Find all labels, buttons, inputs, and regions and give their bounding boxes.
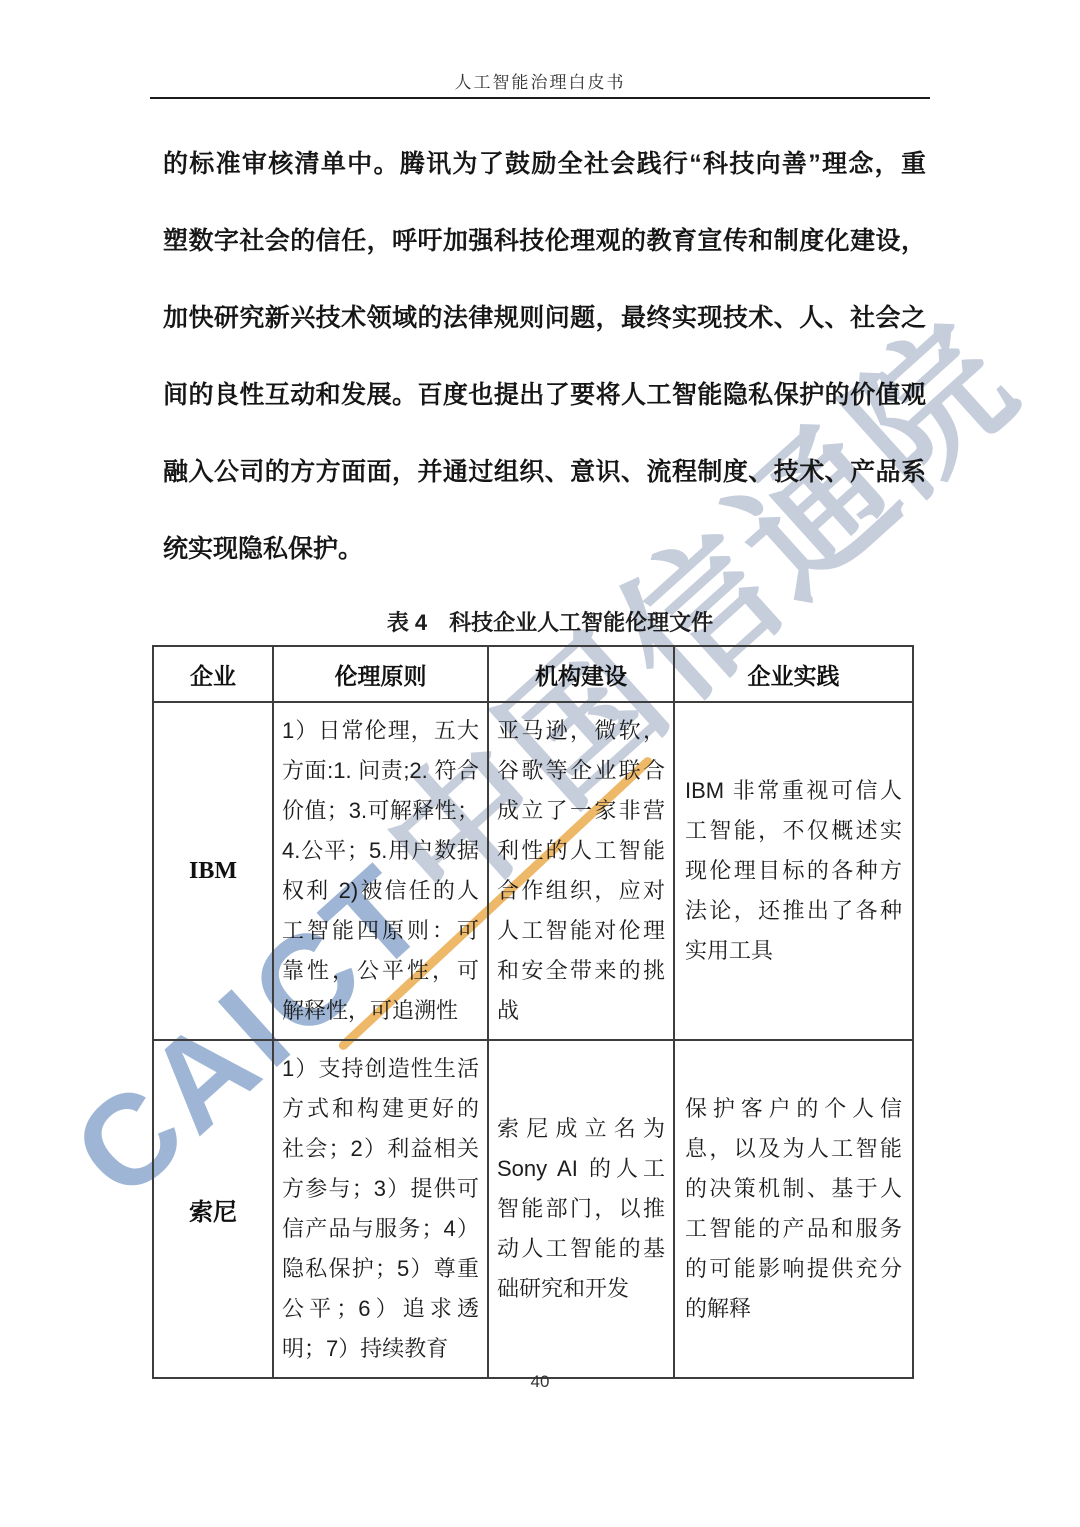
paragraph-line: 间的良性互动和发展。百度也提出了要将人工智能隐私保护的价值观 xyxy=(163,357,926,434)
running-header-title: 人工智能治理白皮书 xyxy=(0,68,1080,93)
principles-cell: 1）日常伦理，五大方面:1. 问责;2. 符合价值；3.可解释性；4.公平；5.… xyxy=(273,702,488,1040)
column-header-company: 企业 xyxy=(153,646,273,702)
practice-cell: 保护客户的个人信息，以及为人工智能的决策机制、基于人工智能的产品和服务的可能影响… xyxy=(674,1040,913,1378)
paragraph-line: 塑数字社会的信任，呼吁加强科技伦理观的教育宣传和制度化建设， xyxy=(163,203,926,280)
table-caption: 表 4 科技企业人工智能伦理文件 xyxy=(170,606,930,637)
organization-cell: 亚马逊，微软，谷歌等企业联合成立了一家非营利性的人工智能合作组织，应对人工智能对… xyxy=(488,702,674,1040)
body-paragraph: 的标准审核清单中。腾讯为了鼓励全社会践行“科技向善”理念，重 塑数字社会的信任，… xyxy=(163,126,926,588)
column-header-principles: 伦理原则 xyxy=(273,646,488,702)
table-row-ibm: IBM 1）日常伦理，五大方面:1. 问责;2. 符合价值；3.可解释性；4.公… xyxy=(153,702,913,1040)
company-cell: IBM xyxy=(153,702,273,1040)
table-header-row: 企业 伦理原则 机构建设 企业实践 xyxy=(153,646,913,702)
column-header-organization: 机构建设 xyxy=(488,646,674,702)
header-rule-divider xyxy=(150,97,930,99)
table-row-sony: 索尼 1）支持创造性生活方式和构建更好的社会；2）利益相关方参与；3）提供可信产… xyxy=(153,1040,913,1378)
ethics-table: 企业 伦理原则 机构建设 企业实践 IBM 1）日常伦理，五大方面:1. 问责;… xyxy=(152,645,914,1379)
paragraph-line: 的标准审核清单中。腾讯为了鼓励全社会践行“科技向善”理念，重 xyxy=(163,126,926,203)
column-header-practice: 企业实践 xyxy=(674,646,913,702)
principles-cell: 1）支持创造性生活方式和构建更好的社会；2）利益相关方参与；3）提供可信产品与服… xyxy=(273,1040,488,1378)
practice-cell: IBM 非常重视可信人工智能，不仅概述实现伦理目标的各种方法论，还推出了各种实用… xyxy=(674,702,913,1040)
document-page: CAICT中国信通院 人工智能治理白皮书 的标准审核清单中。腾讯为了鼓励全社会践… xyxy=(0,0,1080,1527)
organization-cell: 索尼成立名为 Sony AI 的人工智能部门，以推动人工智能的基础研究和开发 xyxy=(488,1040,674,1378)
paragraph-line: 融入公司的方方面面，并通过组织、意识、流程制度、技术、产品系 xyxy=(163,434,926,511)
paragraph-line: 统实现隐私保护。 xyxy=(163,511,926,588)
company-cell: 索尼 xyxy=(153,1040,273,1378)
paragraph-line: 加快研究新兴技术领域的法律规则问题，最终实现技术、人、社会之 xyxy=(163,280,926,357)
page-number: 40 xyxy=(0,1372,1080,1392)
